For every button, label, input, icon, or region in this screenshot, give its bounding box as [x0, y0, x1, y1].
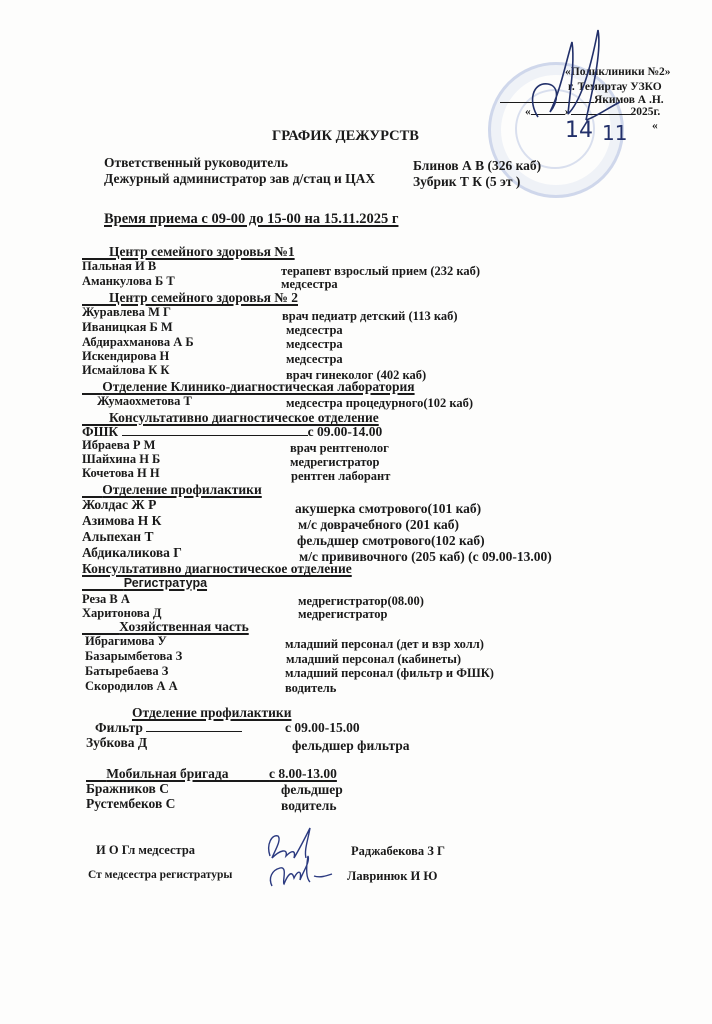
- staff-role: младший персонал (фильтр и ФШК): [285, 666, 494, 681]
- staff-role: фельдшер: [281, 782, 343, 798]
- section-subheading: Регистратура: [82, 576, 207, 590]
- filter-time: с 09.00-15.00: [285, 720, 360, 736]
- staff-name: Жумаохметова Т: [97, 394, 192, 409]
- staff-role: фельдшер смотрового(102 каб): [297, 533, 485, 549]
- section-heading: Хозяйственная часть: [82, 619, 249, 635]
- page-title: ГРАФИК ДЕЖУРСТВ: [272, 128, 419, 145]
- staff-name: Жолдас Ж Р: [82, 497, 156, 513]
- staff-name: Ибраева Р М: [82, 438, 155, 453]
- staff-name: Бражников С: [86, 781, 169, 797]
- staff-role: медсестра: [286, 337, 343, 352]
- section-heading: Отделение профилактики: [82, 482, 262, 498]
- staff-name: Ибрагимова У: [85, 634, 167, 649]
- staff-name: Скородилов А А: [85, 679, 178, 694]
- staff-role: водитель: [281, 798, 337, 814]
- responsible-name-2: Зубрик Т К (5 эт ): [413, 174, 520, 190]
- staff-name: Шайхина Н Б: [82, 452, 160, 467]
- svg-text:11: 11: [602, 121, 627, 145]
- staff-name: Иваницкая Б М: [82, 320, 173, 335]
- section-heading: Центр семейного здоровья № 2: [82, 290, 298, 306]
- staff-role: медсестра: [286, 323, 343, 338]
- svg-text:14: 14: [565, 118, 593, 143]
- staff-role: рентген лаборант: [291, 469, 390, 484]
- filter-line: Фильтр: [95, 720, 242, 736]
- staff-role: врач педиатр детский (113 каб): [282, 309, 458, 324]
- staff-name: Альпехан Т: [82, 529, 153, 545]
- handwritten-signature: [258, 826, 338, 896]
- staff-role: медсестра процедурного(102 каб): [286, 396, 473, 411]
- staff-role: медрегистратор: [290, 455, 380, 470]
- signature-name: Лавринюк И Ю: [347, 869, 437, 884]
- staff-role: медсестра: [286, 352, 343, 367]
- staff-role: акушерка смотрового(101 каб): [295, 501, 481, 517]
- section-heading: Консультативно диагностическое отделение: [82, 561, 352, 577]
- section-heading: Мобильная бригада с 8.00-13.00: [86, 766, 337, 782]
- staff-role: водитель: [285, 681, 336, 696]
- staff-name: Журавлева М Г: [82, 305, 171, 320]
- staff-role: медрегистратор: [298, 607, 388, 622]
- staff-role: врач рентгенолог: [290, 441, 389, 456]
- staff-name: Абдикаликова Г: [82, 545, 182, 561]
- signature-name: Раджабекова З Г: [351, 844, 445, 859]
- staff-name: Батыребаева З: [85, 664, 168, 679]
- staff-role: фельдшер фильтра: [292, 738, 410, 754]
- staff-name: Пальная И В: [82, 259, 156, 274]
- section-heading: Центр семейного здоровья №1: [82, 244, 295, 260]
- section-heading: Отделение Клинико-диагностическая лабора…: [82, 379, 415, 395]
- staff-role: м/с доврачебного (201 каб): [298, 517, 459, 533]
- staff-name: Искендирова Н: [82, 349, 169, 364]
- staff-name: Азимова Н К: [82, 513, 161, 529]
- responsible-name-1: Блинов А В (326 каб): [413, 158, 541, 174]
- approval-trailing: «: [652, 120, 658, 132]
- staff-name: Исмайлова К К: [82, 363, 169, 378]
- signature-role: И О Гл медсестра: [96, 843, 195, 858]
- staff-name: Зубкова Д: [86, 735, 147, 751]
- staff-role: младший персонал (дет и взр холл): [285, 637, 484, 652]
- staff-name: Реза В А: [82, 592, 130, 607]
- director-signature: 14 11: [520, 22, 630, 152]
- staff-name: Абдирахманова А Б: [82, 335, 194, 350]
- reception-time: Время приема с 09-00 до 15-00 на 15.11.2…: [104, 211, 398, 228]
- staff-name: Базарымбетова З: [85, 649, 182, 664]
- staff-name: Аманкулова Б Т: [82, 274, 175, 289]
- staff-role: младший персонал (кабинеты): [286, 652, 461, 667]
- signature-role: Ст медсестра регистратуры: [88, 869, 232, 881]
- staff-name: Рустембеков С: [86, 796, 175, 812]
- responsible-role-2: Дежурный администратор зав д/стац и ЦАХ: [104, 171, 375, 187]
- staff-name: Кочетова Н Н: [82, 466, 160, 481]
- responsible-role-1: Ответственный руководитель: [104, 155, 288, 171]
- section-heading: Отделение профилактики: [132, 705, 292, 721]
